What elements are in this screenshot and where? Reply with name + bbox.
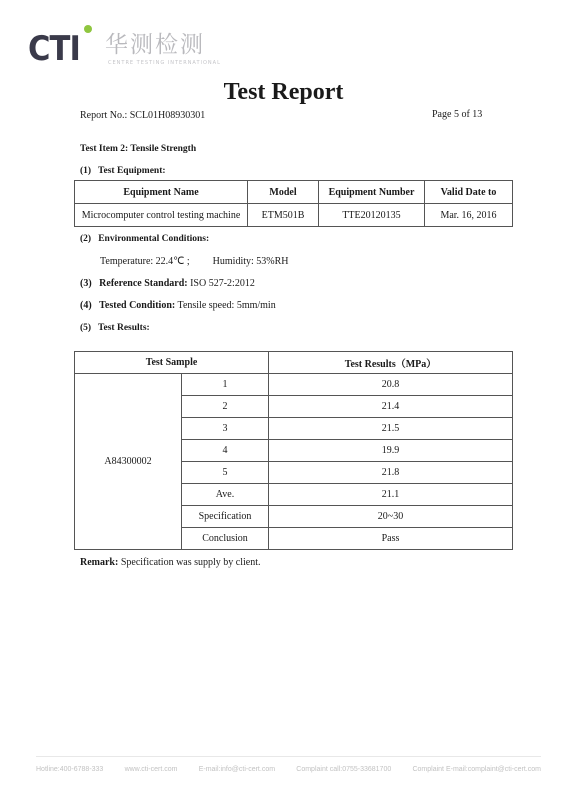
footer-hotline: Hotline:400-6788-333 bbox=[36, 766, 103, 773]
section-number: (4) bbox=[80, 300, 92, 311]
results-table: Test Sample Test Results（MPa） A84300002 … bbox=[74, 351, 513, 550]
cell-result-value: 21.8 bbox=[269, 462, 513, 484]
report-number: Report No.: SCL01H08930301 bbox=[80, 110, 205, 122]
section-label: Test Results: bbox=[98, 323, 150, 333]
humidity: Humidity: 53%RH bbox=[213, 256, 289, 267]
cell-row-label: 1 bbox=[182, 374, 269, 396]
table-header-row: Equipment Name Model Equipment Number Va… bbox=[75, 181, 513, 204]
cell-result-value: 20.8 bbox=[269, 374, 513, 396]
cell-row-label: Conclusion bbox=[182, 528, 269, 550]
logo-english: CENTRE TESTING INTERNATIONAL bbox=[108, 60, 221, 66]
cell-row-label: Specification bbox=[182, 506, 269, 528]
footer-divider bbox=[36, 756, 541, 757]
table-row: Microcomputer control testing machine ET… bbox=[75, 204, 513, 227]
remark-label: Remark: bbox=[80, 557, 118, 568]
cell-row-label: 5 bbox=[182, 462, 269, 484]
cell-valid-date: Mar. 16, 2016 bbox=[425, 204, 513, 227]
cell-result-value: 19.9 bbox=[269, 440, 513, 462]
cell-row-label: 3 bbox=[182, 418, 269, 440]
footer-website[interactable]: www.cti-cert.com bbox=[125, 766, 178, 773]
cell-result-value: 21.4 bbox=[269, 396, 513, 418]
section-reference-standard: (3) Reference Standard: ISO 527-2:2012 bbox=[80, 278, 255, 290]
logo-brand: CTI bbox=[28, 32, 80, 66]
remark: Remark: Specification was supply by clie… bbox=[80, 557, 261, 569]
footer-email[interactable]: E-mail:info@cti-cert.com bbox=[199, 766, 275, 773]
cell-row-label: 2 bbox=[182, 396, 269, 418]
cell-row-label: Ave. bbox=[182, 484, 269, 506]
cell-result-value: Pass bbox=[269, 528, 513, 550]
footer-complaint-email[interactable]: Complaint E-mail:complaint@cti-cert.com bbox=[412, 766, 540, 773]
reference-standard-value: ISO 527-2:2012 bbox=[188, 278, 255, 289]
logo-chinese: 华测检测 bbox=[105, 32, 205, 58]
section-number: (3) bbox=[80, 278, 92, 289]
environment-values: Temperature: 22.4℃ ; Humidity: 53%RH bbox=[100, 256, 289, 268]
section-test-results: (5) Test Results: bbox=[80, 322, 150, 334]
section-label: Environmental Conditions: bbox=[98, 234, 209, 244]
table-header-row: Test Sample Test Results（MPa） bbox=[75, 352, 513, 374]
col-equipment-number: Equipment Number bbox=[319, 181, 425, 204]
page-number: Page 5 of 13 bbox=[432, 109, 482, 121]
cell-sample-id: A84300002 bbox=[75, 374, 182, 550]
section-environmental-conditions: (2) Environmental Conditions: bbox=[80, 233, 209, 245]
section-test-equipment: (1) Test Equipment: bbox=[80, 165, 166, 177]
cell-row-label: 4 bbox=[182, 440, 269, 462]
tested-condition-value: Tensile speed: 5mm/min bbox=[175, 300, 276, 311]
cell-equipment-number: TTE20120135 bbox=[319, 204, 425, 227]
section-tested-condition: (4) Tested Condition: Tensile speed: 5mm… bbox=[80, 300, 276, 312]
equipment-table: Equipment Name Model Equipment Number Va… bbox=[74, 180, 513, 227]
section-number: (2) bbox=[80, 234, 91, 244]
section-number: (1) bbox=[80, 166, 91, 176]
col-valid-date: Valid Date to bbox=[425, 181, 513, 204]
section-label: Reference Standard: bbox=[99, 278, 187, 289]
cell-equipment-name: Microcomputer control testing machine bbox=[75, 204, 248, 227]
cell-result-value: 21.5 bbox=[269, 418, 513, 440]
footer-complaint-call: Complaint call:0755-33681700 bbox=[296, 766, 391, 773]
col-equipment-name: Equipment Name bbox=[75, 181, 248, 204]
page-title: Test Report bbox=[0, 78, 567, 106]
cell-result-value: 21.1 bbox=[269, 484, 513, 506]
footer: Hotline:400-6788-333 www.cti-cert.com E-… bbox=[36, 766, 541, 773]
cell-model: ETM501B bbox=[248, 204, 319, 227]
cell-result-value: 20~30 bbox=[269, 506, 513, 528]
test-item-heading: Test Item 2: Tensile Strength bbox=[80, 143, 196, 155]
col-test-sample: Test Sample bbox=[75, 352, 269, 374]
section-label: Test Equipment: bbox=[98, 166, 165, 176]
section-number: (5) bbox=[80, 323, 91, 333]
logo-dot-icon bbox=[84, 25, 92, 33]
temperature: Temperature: 22.4℃ ; bbox=[100, 256, 190, 267]
table-row: A84300002 1 20.8 bbox=[75, 374, 513, 396]
section-label: Tested Condition: bbox=[99, 300, 175, 311]
col-model: Model bbox=[248, 181, 319, 204]
remark-text: Specification was supply by client. bbox=[118, 557, 260, 568]
col-test-results: Test Results（MPa） bbox=[269, 352, 513, 374]
